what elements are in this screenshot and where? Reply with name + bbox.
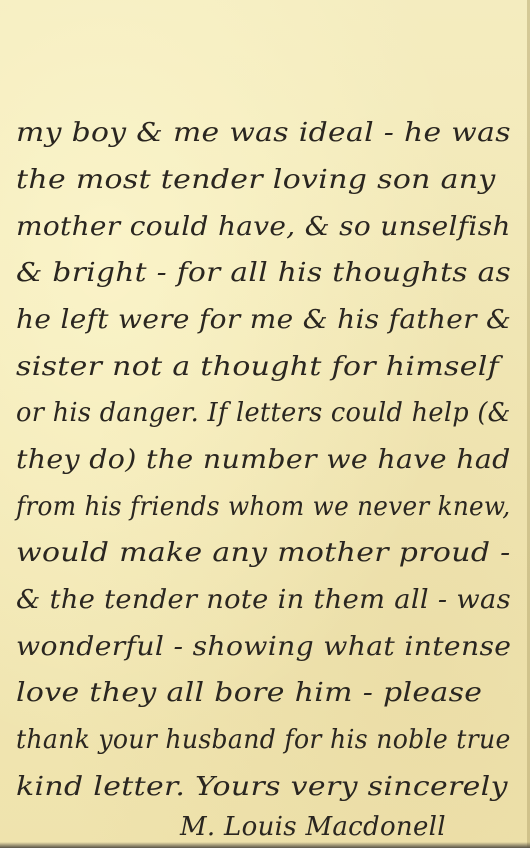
- letter-line: kind letter. Yours very sincerely: [16, 772, 508, 802]
- letter-line: from his friends whom we never knew,: [16, 492, 511, 522]
- signature: M. Louis Macdonell: [180, 812, 446, 842]
- letter-line: they do) the number we have had: [16, 445, 511, 475]
- letter-line: he left were for me & his father &: [16, 305, 511, 335]
- letter-page: my boy & me was ideal - he was the most …: [0, 0, 530, 848]
- letter-line: mother could have, & so unselfish: [16, 212, 511, 242]
- letter-line: the most tender loving son any: [16, 165, 496, 195]
- letter-line: or his danger. If letters could help (&: [16, 398, 511, 428]
- letter-line: wonderful - showing what intense: [16, 632, 511, 662]
- letter-line: & the tender note in them all - was: [16, 585, 511, 615]
- letter-line: & bright - for all his thoughts as: [16, 258, 511, 288]
- letter-line: my boy & me was ideal - he was: [16, 118, 511, 148]
- page-bottom-shadow: [0, 842, 530, 848]
- letter-line: would make any mother proud -: [16, 538, 511, 568]
- letter-line: thank your husband for his noble true: [16, 725, 511, 755]
- letter-line: sister not a thought for himself: [16, 352, 499, 382]
- letter-line: love they all bore him - please: [16, 678, 482, 708]
